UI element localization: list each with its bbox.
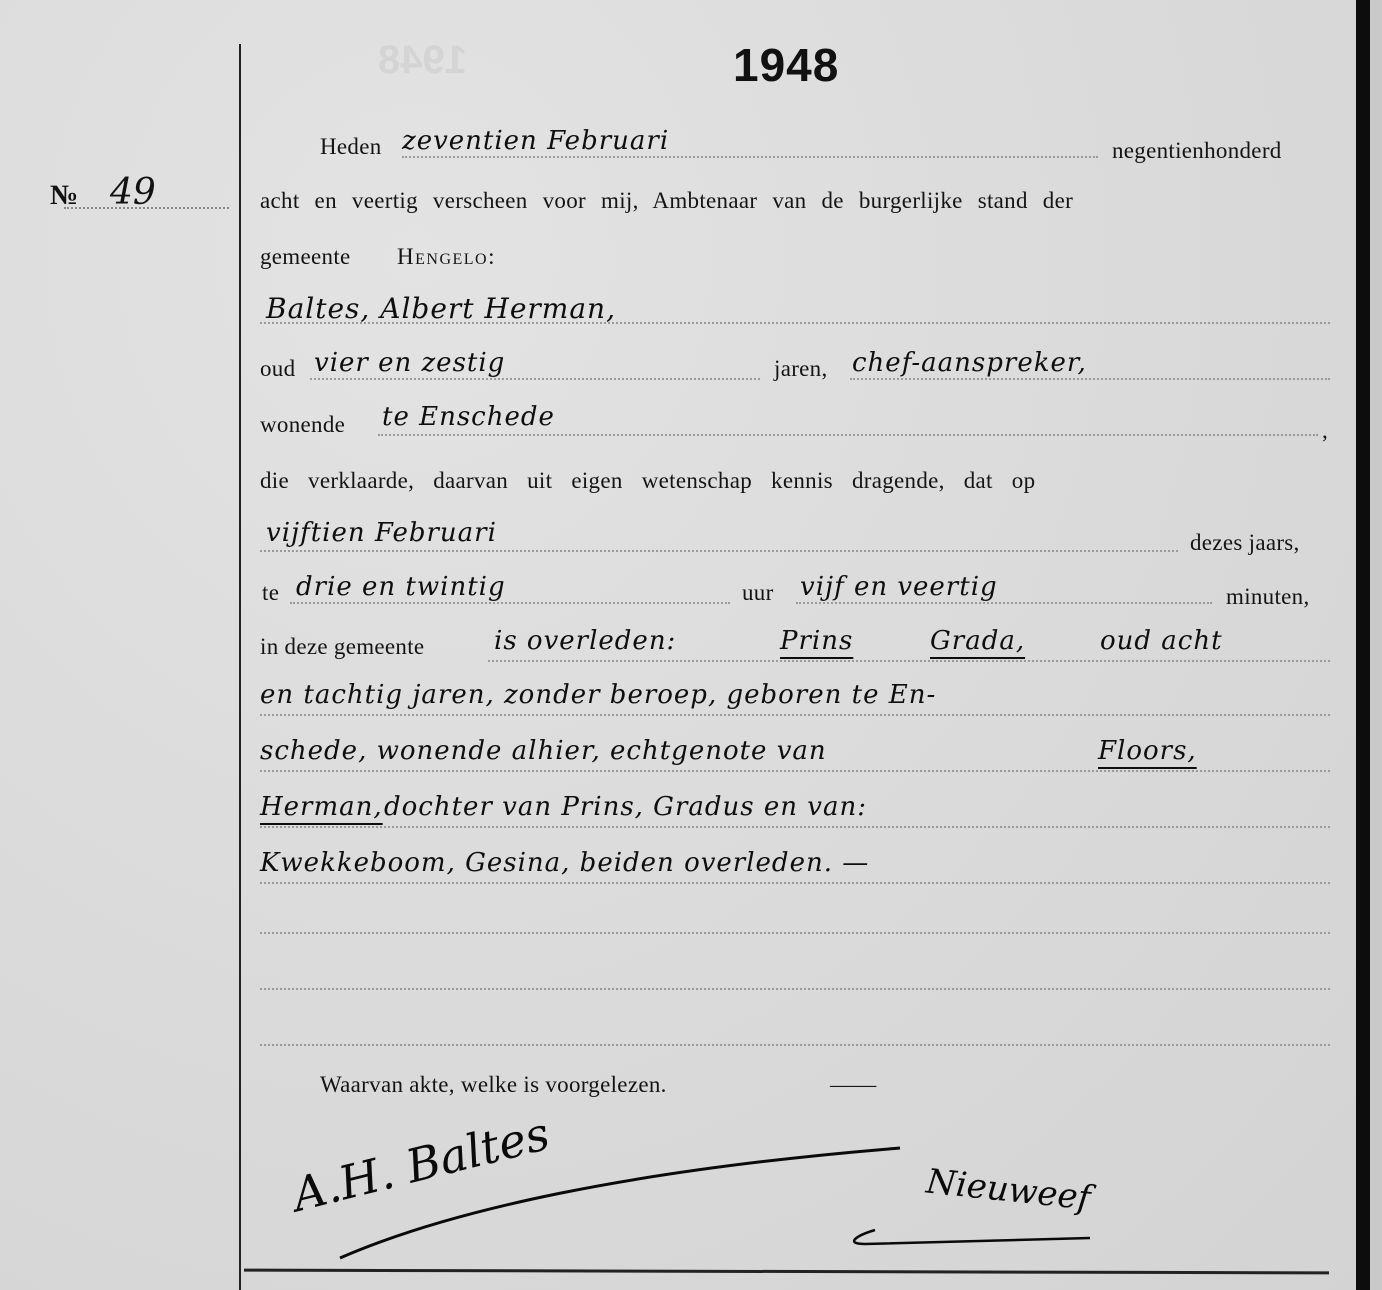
printed-uur: uur [742,580,774,606]
handwritten-death-date: vijftien Februari [266,518,497,548]
printed-line-7: die verklaarde, daarvan uit eigen wetens… [260,468,1035,494]
dotted-rule [260,826,1330,828]
printed-dezes-jaars: dezes jaars, [1190,530,1300,556]
printed-jaren: jaren, [774,356,828,382]
page-edge-strip [1370,0,1382,1290]
printed-wonende: wonende [260,412,345,438]
printed-oud: oud [260,356,295,382]
handwritten-declarant-age: vier en zestig [314,348,505,378]
handwritten-deceased-firstname: Grada, [930,626,1025,656]
dotted-rule [850,378,1330,380]
printed-te: te [262,580,279,606]
municipality-name: Hengelo: [397,244,496,270]
printed-in-deze-gemeente: in deze gemeente [260,634,424,660]
dotted-rule [796,602,1212,604]
empty-dotted-rule [260,988,1330,990]
page-binding-edge [1356,0,1370,1290]
empty-dotted-rule [260,932,1330,934]
printed-line-2: acht en veertig verscheen voor mij, Ambt… [260,188,1073,214]
dotted-rule [402,156,1098,158]
handwritten-occupation: chef-aanspreker, [852,348,1087,378]
printed-comma: , [1322,418,1328,444]
dotted-rule [260,550,1178,552]
handwritten-spouse-surname: Floors, [1098,736,1197,766]
dotted-rule [290,602,730,604]
handwritten-parents: dochter van Prins, Gradus en van: [384,792,867,822]
handwritten-deceased-surname: Prins [780,626,853,656]
registrar-flourish [845,1226,1095,1250]
document-page: 1948 1948 № 49 Heden zeventien Februari … [0,0,1382,1290]
handwritten-age-part: oud acht [1100,626,1223,656]
record-year: 1948 [733,38,839,92]
handwritten-mother: Kwekkeboom, Gesina, beiden overleden. — [260,848,869,878]
bottom-rule [244,1269,1329,1275]
handwritten-date: zeventien Februari [402,126,669,156]
handwritten-is-overleden: is overleden: [494,626,676,656]
dotted-rule [310,378,760,380]
handwritten-line-12: schede, wonende alhier, echtgenote van [260,736,827,766]
handwritten-spouse-firstname: Herman, [260,792,383,822]
handwritten-minutes: vijf en veertig [800,572,998,602]
printed-negentienhonderd: negentienhonderd [1112,138,1282,164]
printed-gemeente: gemeente [260,244,351,270]
registrar-signature: Nieuweef [924,1162,1092,1219]
dotted-rule [378,434,1318,436]
printed-minuten: minuten, [1226,584,1310,610]
handwritten-line-11: en tachtig jaren, zonder beroep, geboren… [260,680,936,710]
handwritten-residence: te Enschede [382,402,555,432]
dotted-rule [488,660,1330,662]
dotted-rule [260,714,1330,716]
closing-statement: Waarvan akte, welke is voorgelezen. [320,1072,667,1098]
handwritten-hour: drie en twintig [296,572,506,602]
printed-heden: Heden [320,134,382,160]
dotted-rule [260,770,1330,772]
dotted-rule [260,882,1330,884]
handwritten-declarant-name: Baltes, Albert Herman, [266,292,616,325]
bleed-through-year: 1948 [378,38,467,83]
margin-divider [239,44,241,1290]
record-number: 49 [110,172,156,213]
signature-flourish [330,1140,910,1260]
closing-dash: —— [830,1072,877,1098]
empty-dotted-rule [260,1044,1330,1046]
